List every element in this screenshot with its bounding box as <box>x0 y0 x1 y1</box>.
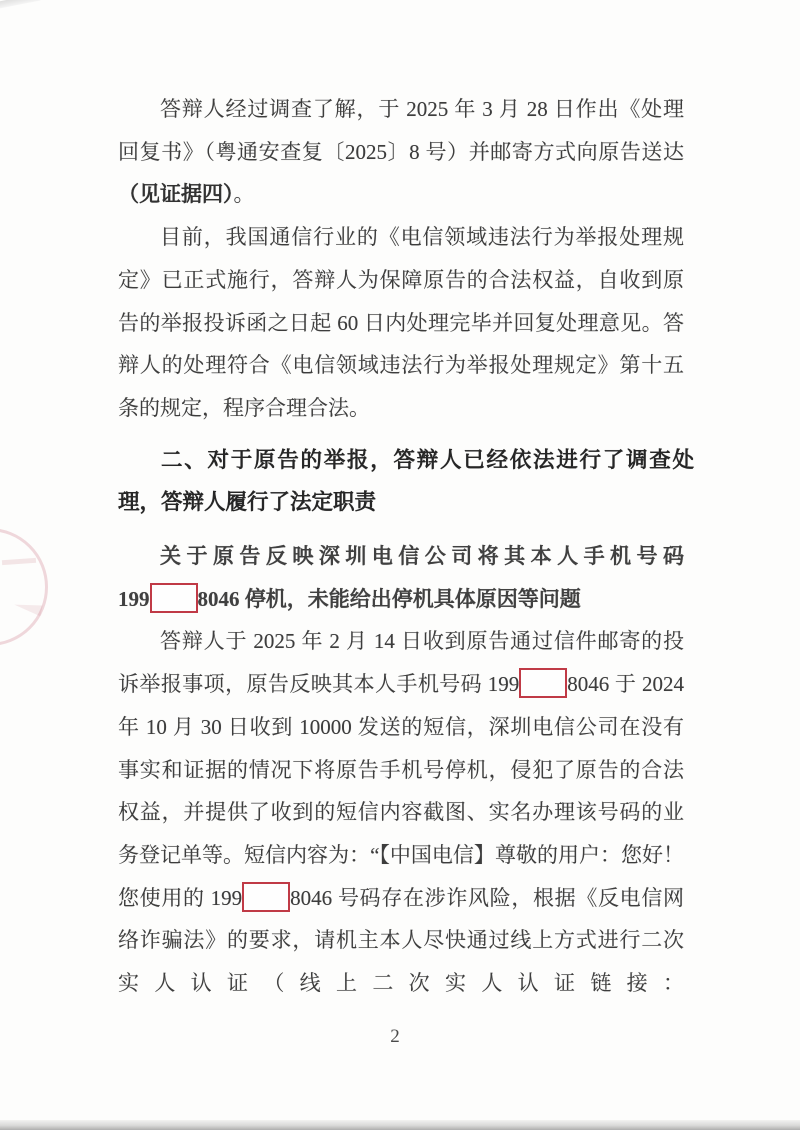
paragraph-issue-summary: 关于原告反映深圳电信公司将其本人手机号码 1998046 停机，未能给出停机具体… <box>118 535 684 620</box>
section-heading: 二、对于原告的举报，答辩人已经依法进行了调查处理，答辩人履行了法定职责 <box>118 439 694 524</box>
phone-number: 1998046 <box>488 672 610 696</box>
red-seal-stamp <box>0 528 48 646</box>
phone-prefix: 199 <box>118 587 150 611</box>
document-body: 答辩人经过调查了解，于 2025 年 3 月 28 日作出《处理回复书》（粤通安… <box>118 88 684 1005</box>
phone-number: 1998046 <box>118 587 240 611</box>
phone-suffix: 8046 <box>290 886 332 910</box>
redaction-box <box>150 583 198 613</box>
phone-prefix: 199 <box>488 672 520 696</box>
redaction-box <box>519 668 567 698</box>
paragraph-investigation-details: 答辩人于 2025 年 2 月 14 日收到原告通过信件邮寄的投诉举报事项，原告… <box>118 620 684 1004</box>
paragraph-reply-letter: 答辩人经过调查了解，于 2025 年 3 月 28 日作出《处理回复书》（粤通安… <box>118 88 684 216</box>
paragraph-text: 答辩人经过调查了解，于 2025 年 3 月 28 日作出《处理回复书》（粤通安… <box>118 97 684 164</box>
paragraph-regulation-compliance: 目前，我国通信行业的《电信领域违法行为举报处理规定》已正式施行，答辩人为保障原告… <box>118 216 684 430</box>
page-number: 2 <box>0 1026 790 1048</box>
page-edge-shadow <box>0 1120 800 1130</box>
scanned-document-page: 答辩人经过调查了解，于 2025 年 3 月 28 日作出《处理回复书》（粤通安… <box>0 0 800 1130</box>
phone-number: 1998046 <box>211 886 333 910</box>
paragraph-text: 停机，未能给出停机具体原因等问题 <box>240 587 581 611</box>
evidence-reference: （见证据四） <box>118 182 234 206</box>
paragraph-text: 关于原告反映深圳电信公司将其本人手机号码 <box>160 544 684 568</box>
phone-prefix: 199 <box>211 886 243 910</box>
phone-suffix: 8046 <box>567 672 609 696</box>
scan-fold-artifact <box>0 0 42 10</box>
redaction-box <box>242 882 290 912</box>
paragraph-text: 于 2024 年 10 月 30 日收到 10000 发送的短信，深圳电信公司在… <box>118 672 684 910</box>
phone-suffix: 8046 <box>198 587 240 611</box>
paragraph-text: 。 <box>234 182 255 206</box>
